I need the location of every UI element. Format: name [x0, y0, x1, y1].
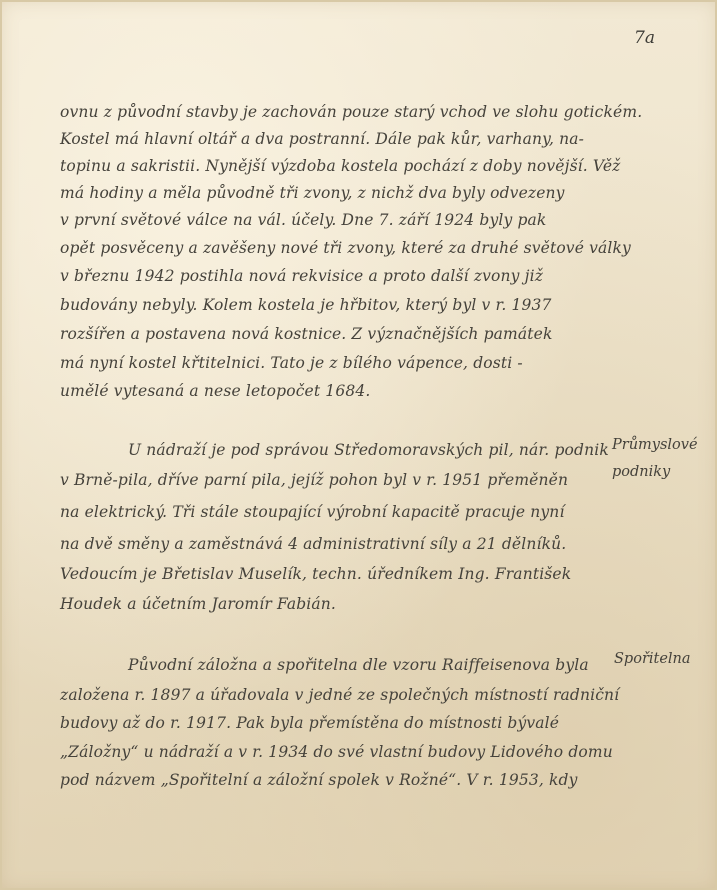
text-line: založena r. 1897 a úřadovala v jedné ze …: [60, 686, 619, 704]
text-line: budovány nebyly. Kolem kostela je hřbito…: [60, 296, 552, 314]
text-line: pod názvem „Spořitelní a záložní spolek …: [60, 771, 578, 789]
text-line: v Brně-pila, dříve parní pila, jejíž poh…: [60, 471, 568, 489]
text-line: opět posvěceny a zavěšeny nové tři zvony…: [60, 239, 631, 257]
text-line: „Záložny“ u nádraží a v r. 1934 do své v…: [60, 743, 613, 761]
text-line: budovy až do r. 1917. Pak byla přemístěn…: [60, 714, 559, 732]
text-line: Vedoucím je Břetislav Muselík, techn. úř…: [60, 565, 571, 583]
text-line: ovnu z původní stavby je zachován pouze …: [60, 103, 642, 121]
text-line: Kostel má hlavní oltář a dva postranní. …: [60, 130, 584, 148]
chronicle-page: 7a ovnu z původní stavby je zachován pou…: [0, 0, 717, 890]
text-line: U nádraží je pod správou Středomoravskýc…: [128, 441, 609, 459]
text-line: Původní záložna a spořitelna dle vzoru R…: [128, 656, 589, 674]
margin-note: Spořitelna: [614, 651, 691, 667]
text-line: rozšířen a postavena nová kostnice. Z vý…: [60, 325, 553, 343]
text-line: na dvě směny a zaměstnává 4 administrati…: [60, 535, 566, 553]
text-line: v březnu 1942 postihla nová rekvisice a …: [60, 267, 543, 285]
text-line: v první světové válce na vál. účely. Dne…: [60, 211, 546, 229]
margin-note: Průmyslové: [612, 437, 698, 453]
text-line: umělé vytesaná a nese letopočet 1684.: [60, 382, 370, 400]
text-line: Houdek a účetním Jaromír Fabián.: [60, 595, 336, 613]
text-line: topinu a sakristii. Nynější výzdoba kost…: [60, 157, 621, 175]
text-line: na elektrický. Tři stále stoupající výro…: [60, 503, 565, 521]
text-line: má hodiny a měla původně tři zvony, z ni…: [60, 184, 565, 202]
margin-note: podniky: [612, 464, 670, 480]
text-line: má nyní kostel křtitelnici. Tato je z bí…: [60, 354, 523, 372]
page-number: 7a: [634, 28, 655, 48]
